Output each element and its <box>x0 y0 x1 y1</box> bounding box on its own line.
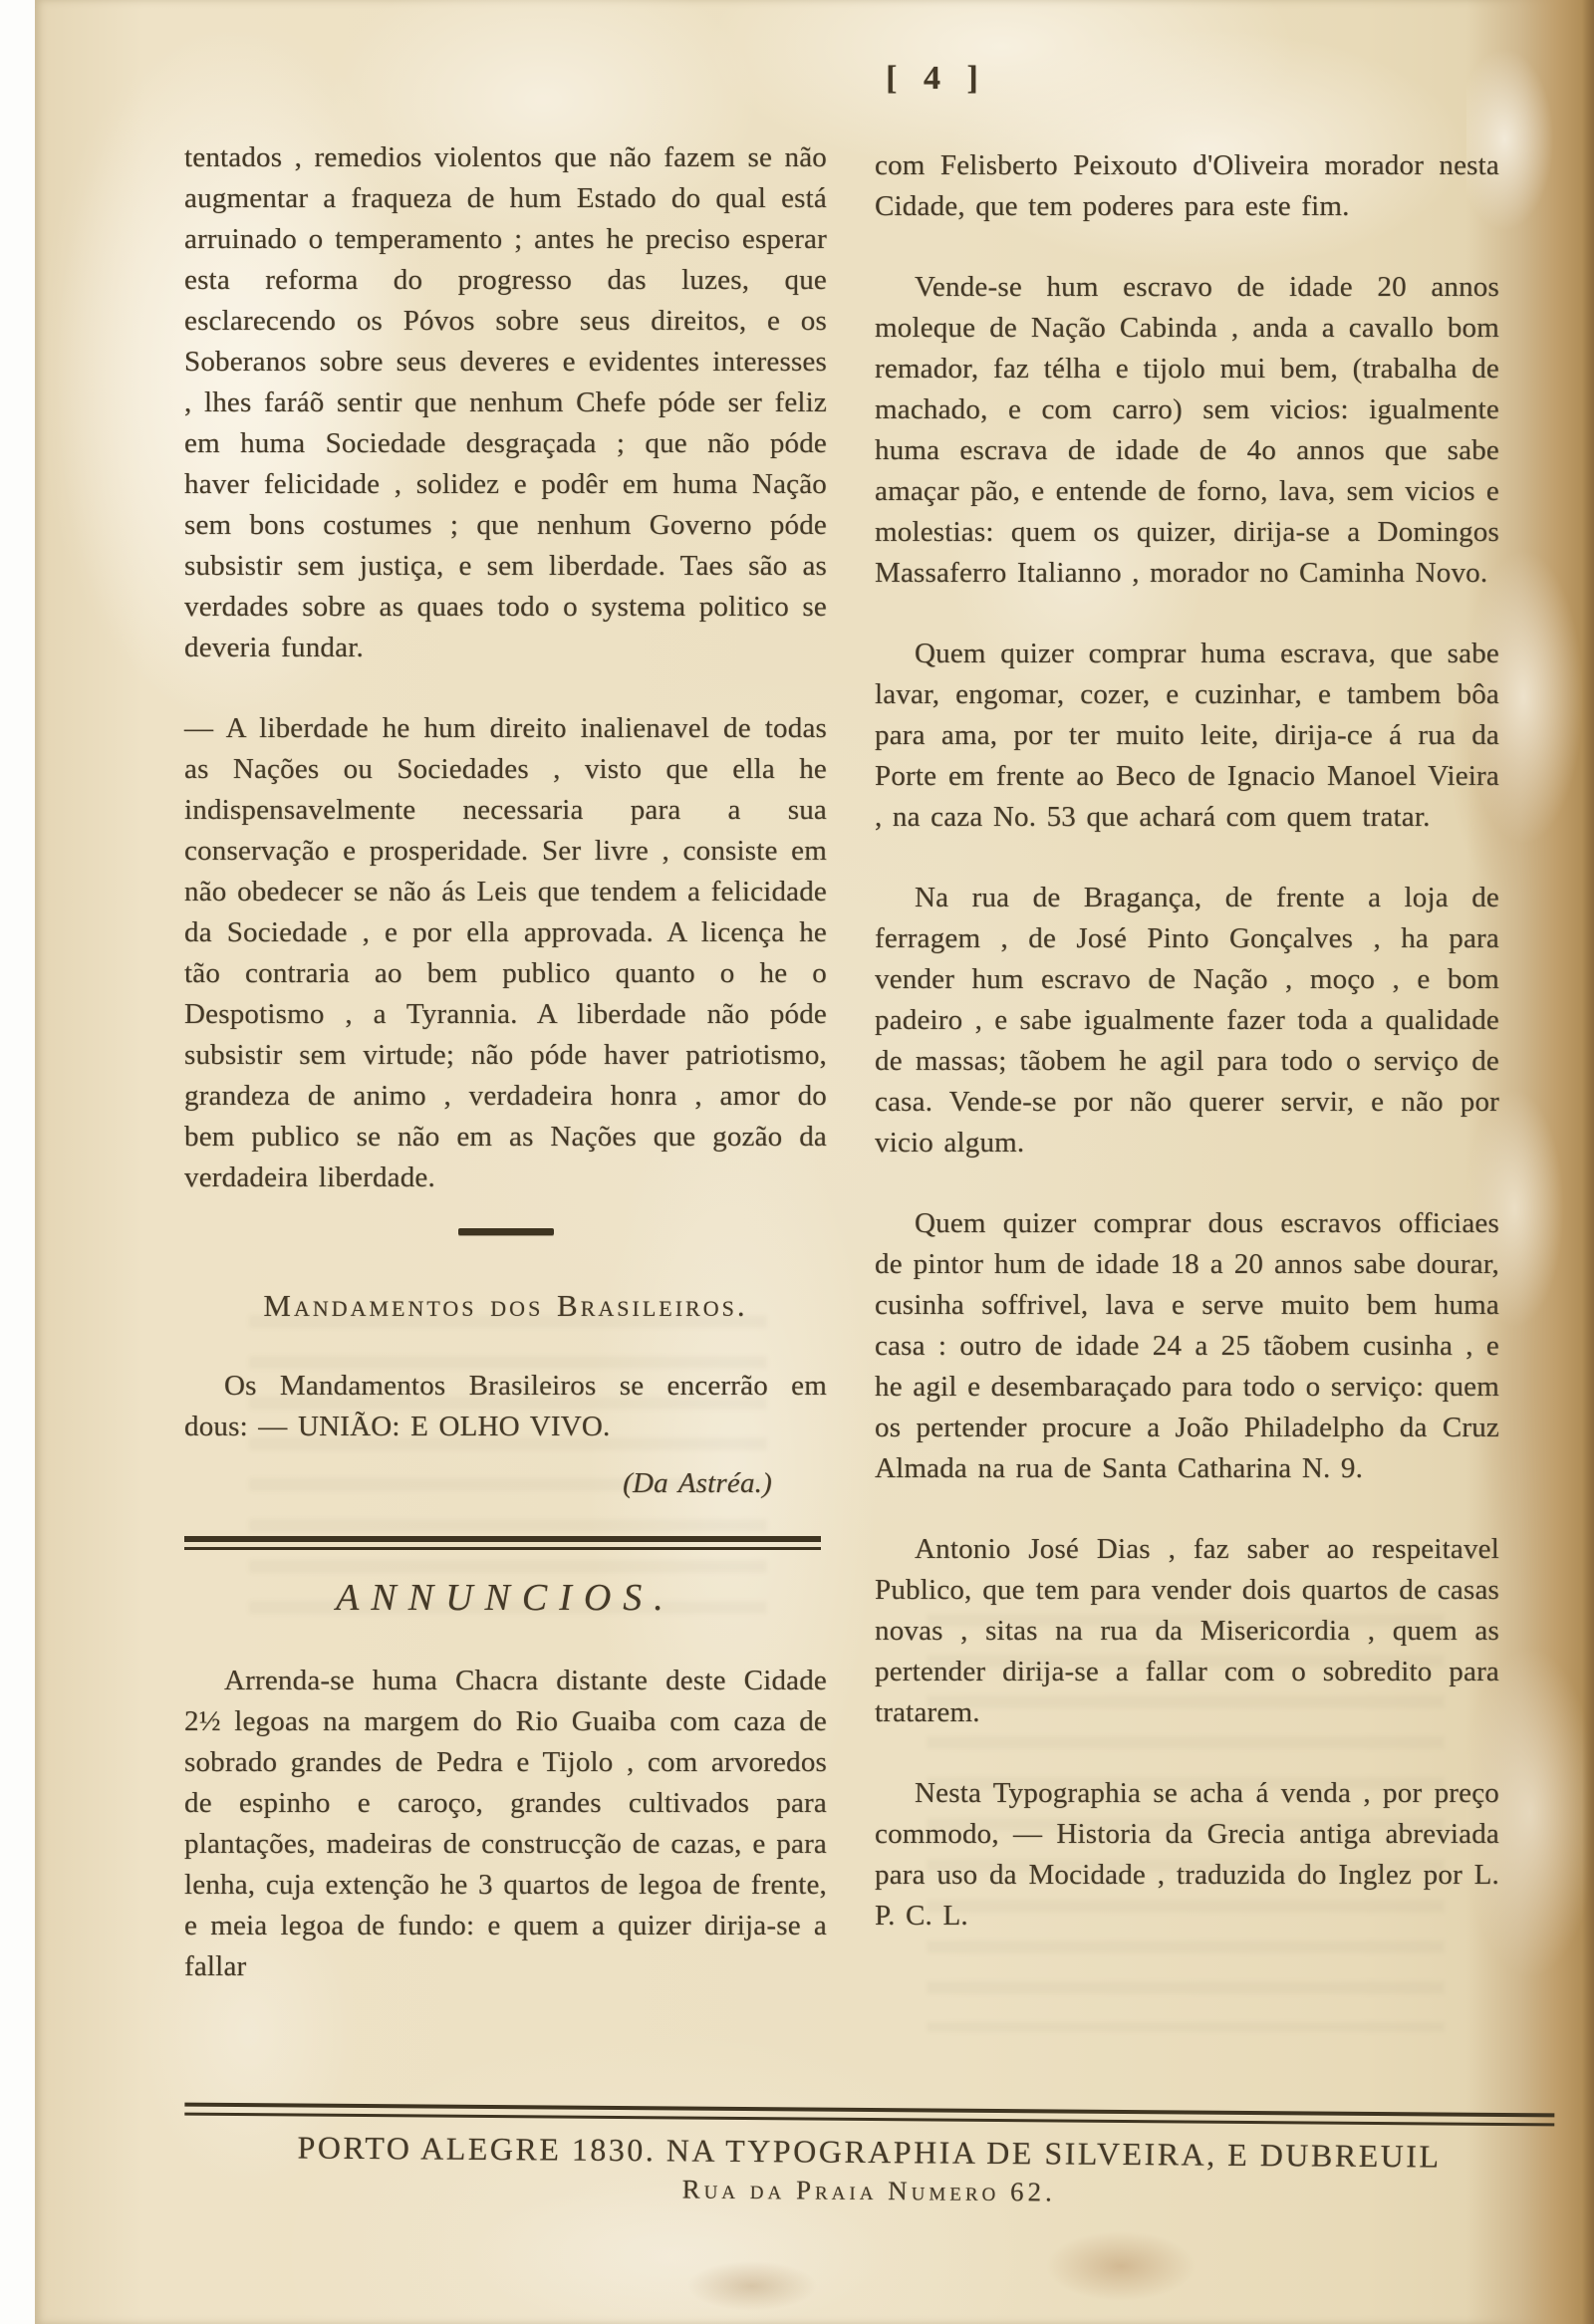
page-number: [ 4 ] <box>827 60 1046 98</box>
left-column: tentados , remedios violentos que não fa… <box>184 137 827 1987</box>
mandamentos-text: Os Mandamentos Brasileiros se encerrão e… <box>184 1366 827 1447</box>
right-column: com Felisberto Peixouto d'Oliveira morad… <box>875 145 1499 1937</box>
annuncio-paragraph: Nesta Typographia se acha á venda , por … <box>875 1773 1499 1937</box>
scanner-margin <box>0 0 35 2324</box>
annuncio-paragraph: Na rua de Bragança, de frente a loja de … <box>875 878 1499 1163</box>
annuncios-heading: ANNUNCIOS. <box>184 1578 827 1619</box>
divider-short-rule <box>458 1228 554 1235</box>
annuncio-paragraph: Arrenda-se huma Chacra distante deste Ci… <box>184 1661 827 1987</box>
annuncio-paragraph: Quem quizer comprar huma escrava, que sa… <box>875 634 1499 838</box>
body-paragraph: — A liberdade he hum direito inalienavel… <box>184 708 827 1198</box>
divider-double-rule <box>184 1536 821 1550</box>
body-paragraph: tentados , remedios violentos que não fa… <box>184 137 827 668</box>
annuncio-paragraph: Quem quizer comprar dous escravos offici… <box>875 1203 1499 1489</box>
source-attribution: (Da Astréa.) <box>184 1463 827 1504</box>
mandamentos-heading: Mandamentos dos Brasileiros. <box>184 1285 827 1326</box>
annuncio-paragraph: Antonio José Dias , faz saber ao respeit… <box>875 1529 1499 1733</box>
footer-imprint-line1: PORTO ALEGRE 1830. NA TYPOGRAPHIA DE SIL… <box>184 2129 1554 2177</box>
annuncio-paragraph: Vende-se hum escravo de idade 20 annos m… <box>875 267 1499 594</box>
footer-imprint: PORTO ALEGRE 1830. NA TYPOGRAPHIA DE SIL… <box>184 2103 1555 2212</box>
annuncio-paragraph: com Felisberto Peixouto d'Oliveira morad… <box>875 145 1499 227</box>
scanned-newspaper-page: { "page": { "number": "[ 4 ]", "footer":… <box>0 0 1594 2324</box>
